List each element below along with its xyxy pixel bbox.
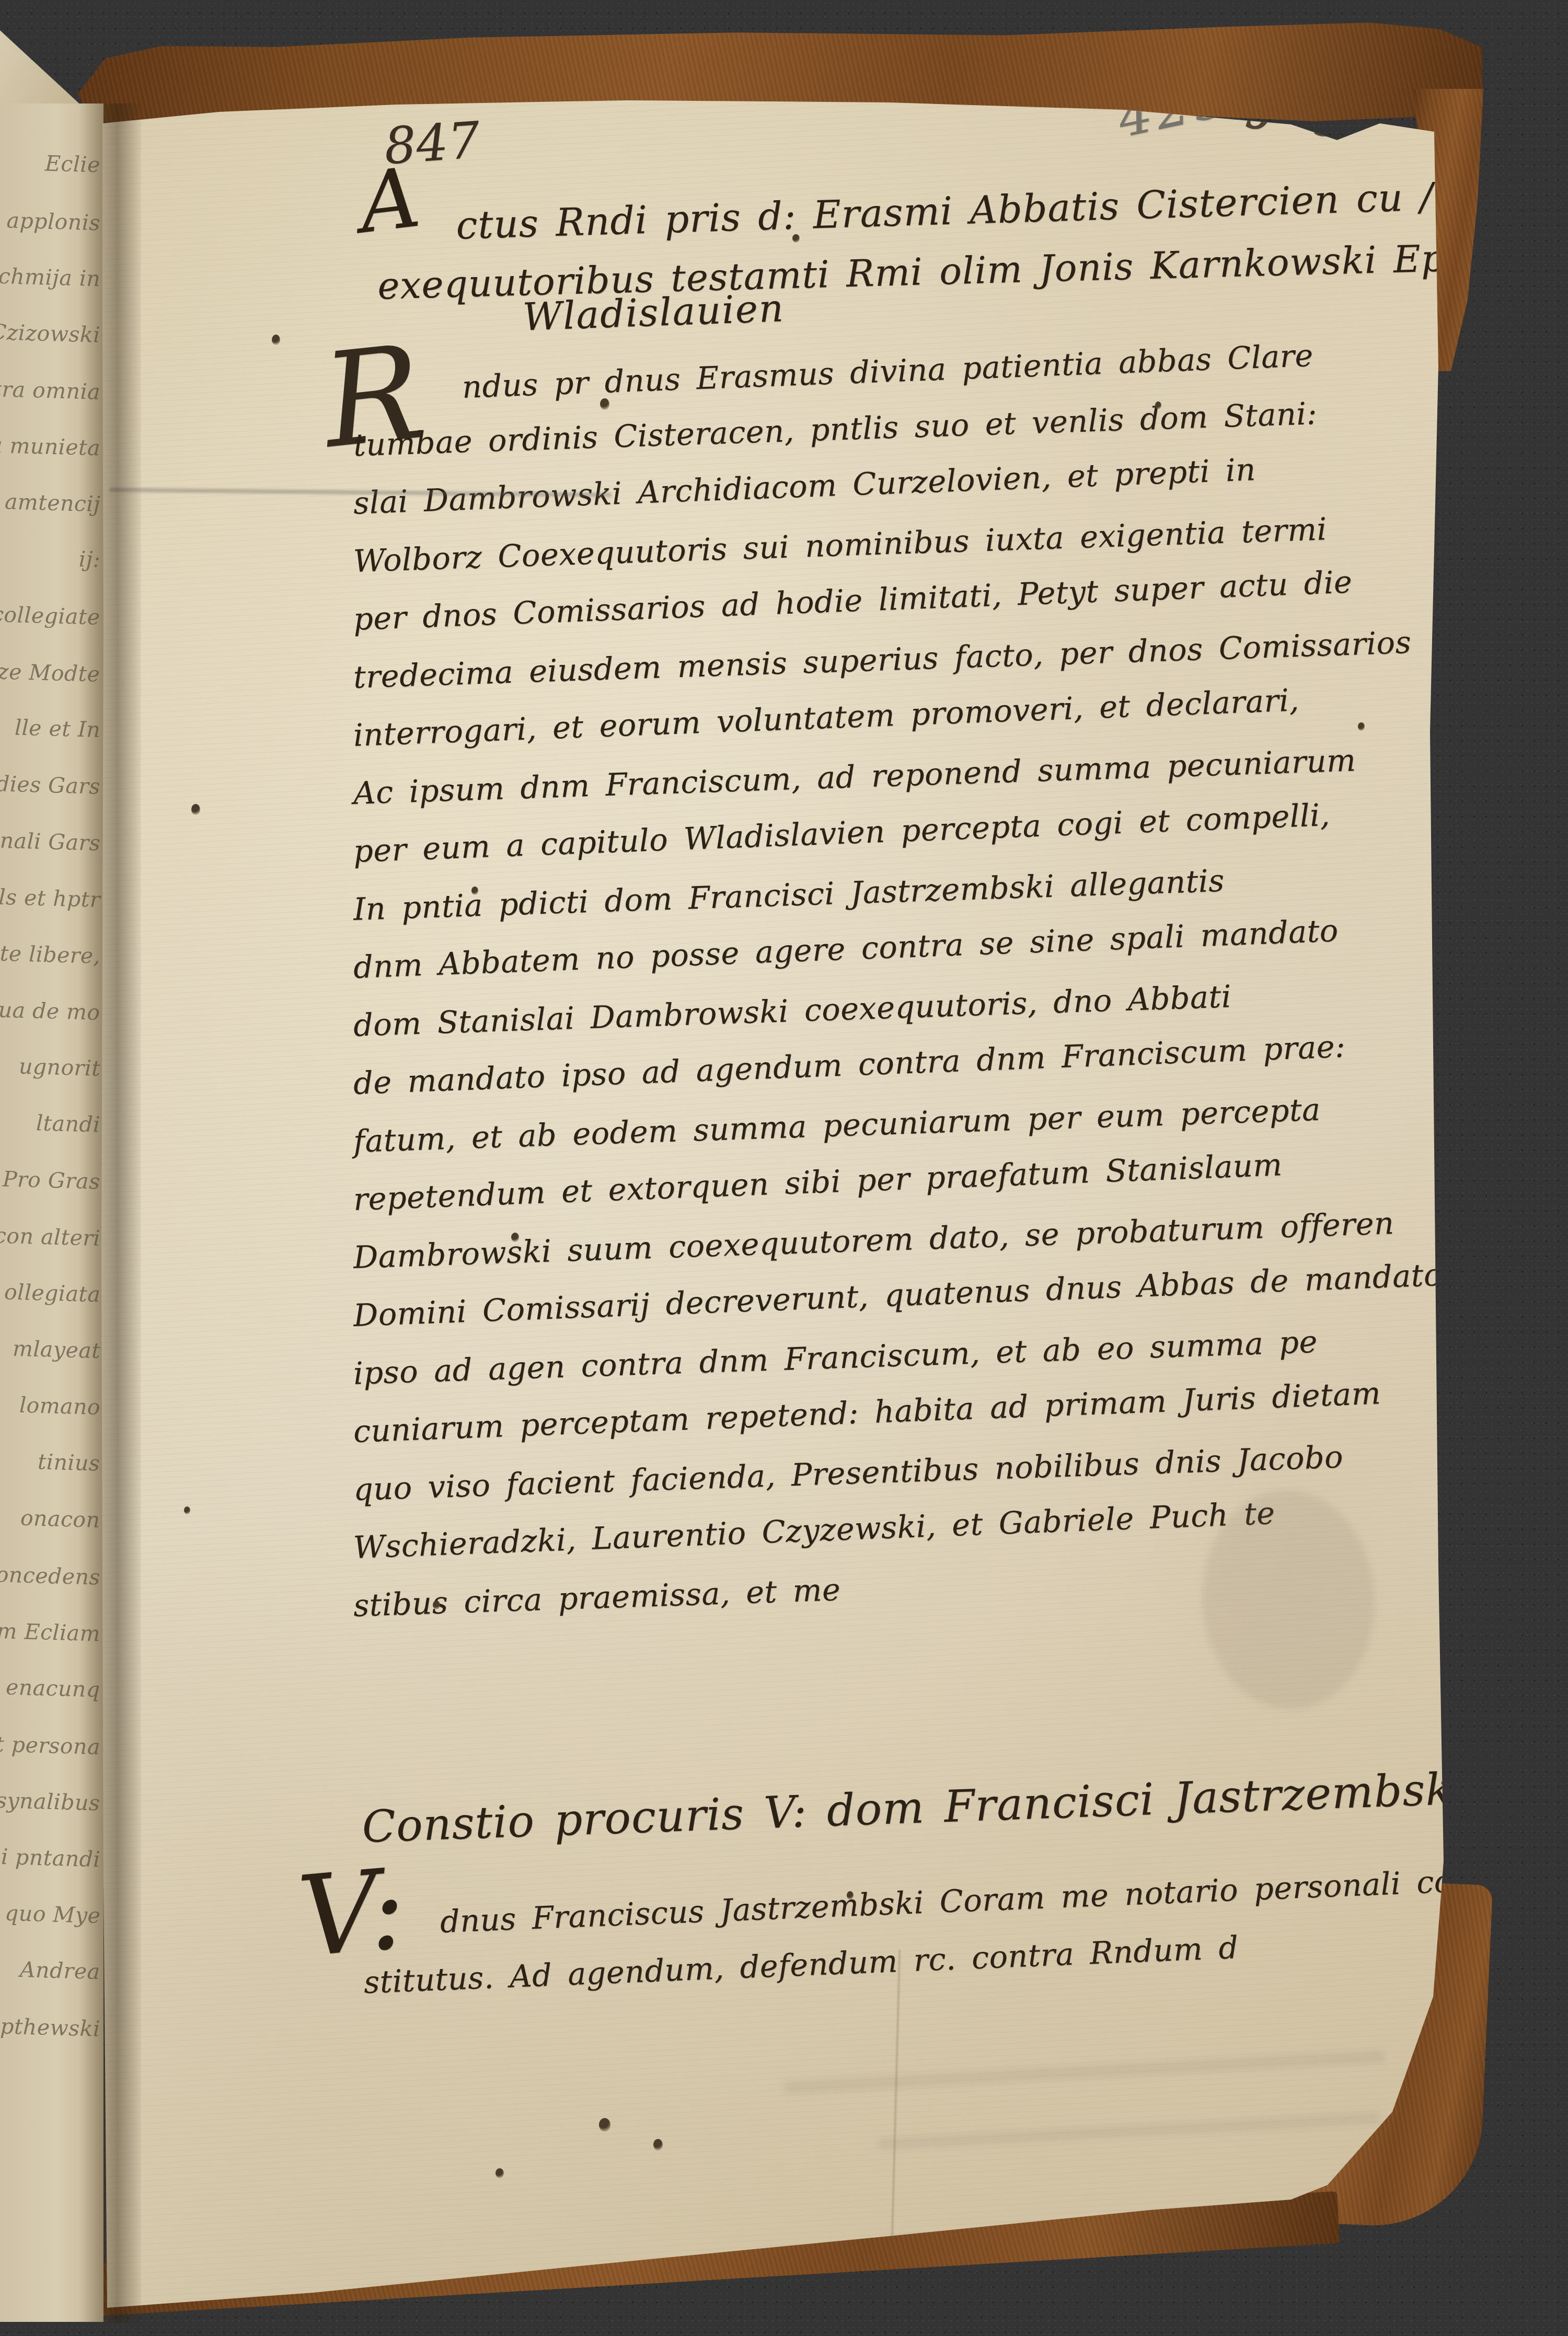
worm-hole xyxy=(600,398,609,410)
worm-hole xyxy=(599,2118,610,2132)
manuscript-text-line: Wolborz Coexequutoris sui nominibus iuxt… xyxy=(353,511,1328,579)
heading-line: Wladislauien xyxy=(522,286,786,339)
manuscript-text-line: quo viso facient facienda, Presentibus n… xyxy=(353,1439,1344,1508)
worm-hole xyxy=(1155,401,1161,409)
scan-backdrop: EclieCausa applonisBochmija inCzizowskic… xyxy=(0,0,1568,2336)
worm-hole xyxy=(847,1891,854,1900)
section2-heading: Constio procuris V: dom Francisci Jastrz… xyxy=(361,1762,1503,1852)
manuscript-text-line: stibus circa praemissa, et me xyxy=(353,1571,841,1624)
worm-hole xyxy=(272,335,280,345)
worm-hole xyxy=(433,1601,440,1609)
facing-page-corner xyxy=(0,30,83,110)
manuscript-text-line: per dnos Comissarios ad hodie limitati, … xyxy=(353,563,1353,637)
worm-hole xyxy=(184,1506,190,1514)
manuscript-text-line: In pntia pdicti dom Francisci Jastrzembs… xyxy=(353,862,1225,927)
worm-hole xyxy=(471,887,478,895)
worm-hole xyxy=(511,1233,519,1242)
manuscript-text-line: fatum, et ab eodem summa pecuniarum per … xyxy=(353,1091,1321,1159)
manuscript-text-line: interrogari, et eorum voluntatem promove… xyxy=(353,682,1300,753)
worm-hole xyxy=(1358,722,1365,731)
worm-hole xyxy=(653,2139,663,2150)
manuscript-text-line: Wschieradzki, Laurentio Czyzewski, et Ga… xyxy=(353,1495,1276,1566)
manuscript-text-line: per eum a capitulo Wladislavien percepta… xyxy=(353,797,1331,869)
page-crease xyxy=(891,1950,901,2242)
manuscript-text-line: tumbae ordinis Cisteracen, pntlis suo et… xyxy=(353,395,1318,463)
worm-hole xyxy=(792,234,800,243)
manuscript-text-line: slai Dambrowski Archidiacom Curzelovien,… xyxy=(353,451,1256,521)
manuscript-text-line: ndus pr dnus Erasmus divina patientia ab… xyxy=(462,337,1314,405)
worm-hole xyxy=(191,804,200,815)
manuscript-text-line: de mandato ipso ad agendum contra dnm Fr… xyxy=(353,1028,1346,1101)
bleedthrough-mark xyxy=(784,2050,1385,2094)
bleedthrough-mark xyxy=(878,2112,1380,2150)
manuscript-page: 847 425 ʃ ʃ A ctus Rndi pris d: Erasmi A… xyxy=(0,0,1568,2336)
heading-line: ctus Rndi pris d: Erasmi Abbatis Cisterc… xyxy=(455,175,1434,248)
manuscript-text-line: stitutus. Ad agendum, defendum rc. contr… xyxy=(363,1929,1239,2000)
manuscript-text-line: dom Stanislai Dambrowski coexequutoris, … xyxy=(353,978,1232,1043)
manuscript-text-line: dnm Abbatem no posse agere contra se sin… xyxy=(353,912,1339,985)
manuscript-text-line: ipso ad agen contra dnm Franciscum, et a… xyxy=(353,1324,1318,1391)
worm-hole xyxy=(495,2168,504,2178)
manuscript-text-line: dnus Franciscus Jastrzembski Coram me no… xyxy=(440,1862,1474,1940)
heading-initial-letter: A xyxy=(354,149,425,252)
gutter-shadow xyxy=(78,103,141,2323)
section2-initial-letter: V: xyxy=(294,1844,411,1982)
manuscript-text-line: repetendum et extorquen sibi per praefat… xyxy=(353,1146,1283,1217)
